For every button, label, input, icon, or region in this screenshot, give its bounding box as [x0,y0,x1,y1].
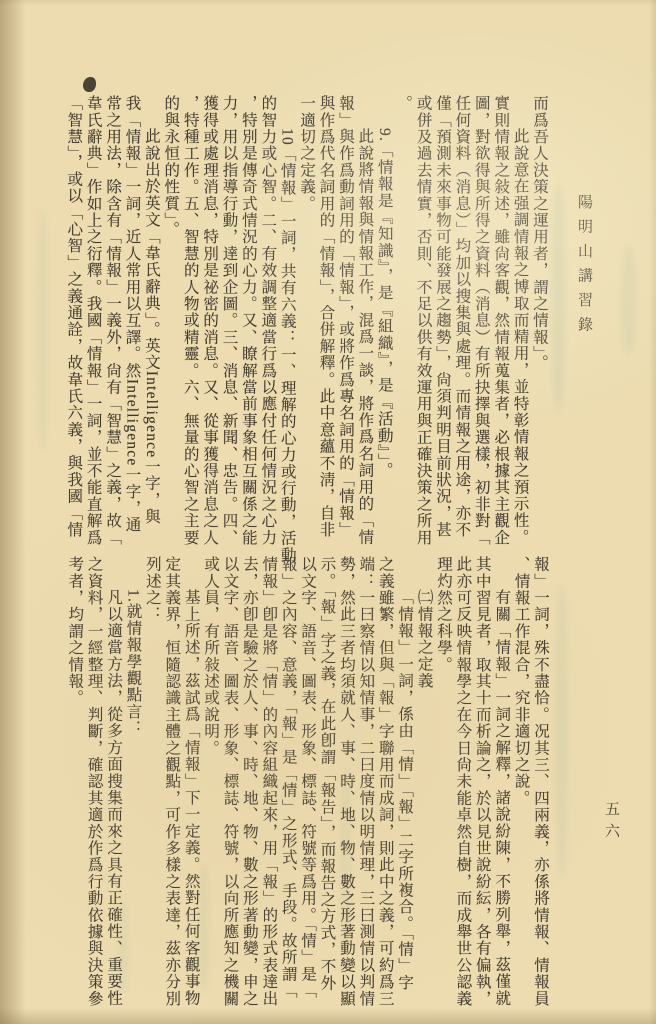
upper-text-block: 而爲吾人決策之運用者，謂之情報」。 此說意在强調情報之博取而精用，並特彰情報之預… [63,95,549,547]
text-column: 或人員，有所敍述或說明。 [201,556,220,1012]
text-column: 勢，然此三者均須就人、事、時、地、物、數之形著動變以顯 [337,556,356,1012]
text-column: 考者，均謂之情報。 [65,556,84,1012]
text-column: 之義雖繁，但與「報」字聯用而成詞，則此中之義，可約爲三 [375,556,394,1012]
text-column: ，特別是傳奇式情況的心力。又、瞭解當前事象相互關係之能 [239,95,258,547]
ink-blot [83,77,96,92]
text-column: 「智慧」，或以「心智」之義通詮，故韋氏六義，與我國「情 [64,95,83,547]
text-column: 理灼然之科學。 [434,556,453,1012]
text-column: 力，用以指導行動，達到企圖。三、消息、新聞、忠告。四、 [219,95,238,547]
text-column: 定其義界，恒隨認識主體之觀點，可作多樣之表達，茲亦分別 [162,556,181,1012]
text-column: 。 [394,95,413,547]
text-column: 報」一詞，殊不盡恰。况其三、四兩義，亦係將情報、情報員 [531,556,550,1012]
text-column: 之資料，一經整理、判斷，確認其適於作爲行動依據與決策參 [84,556,103,1012]
margin-running-title: 陽明山講習錄 [574,194,595,341]
text-column: 或併及過去情實，否則、不足以供有效運用與正確決策之所用 [413,95,432,547]
text-column: 以文字、語音、圖表、形象、標誌、符號，以向所應知之機關 [220,556,239,1012]
text-column: 而爲吾人決策之運用者，謂之情報」。 [530,95,549,547]
text-column: 9.「情報是『知識』，是『組織』，是『活動』」。 [374,95,393,547]
text-column: 「情報」一詞，係由「情」「報」二字所複合。「情」字 [395,556,414,1012]
text-column: 僅「預測未來事物可能發展之趨勢」，尙須判明目前狀況，甚 [433,95,452,547]
ink-ghost-smudge [37,210,48,450]
text-column: 基上所述，茲試爲「情報」下一定義。然對任何客觀事物 [181,556,200,1012]
text-column: 情報」卽是將「情」的內容組織起來，用「報」的形式表達出 [259,556,278,1012]
text-column: 凡以適當方法，從多方面搜集而來之具有正確性、重要性 [104,556,123,1012]
text-column: 此說將情報與情報工作，混爲一談，將作爲名詞用的「情 [355,95,374,547]
text-column: 此說出於英文「韋氏辭典」。英文Intelligence一字，與 [141,95,160,547]
section-heading-column: ㈡情報之定義 [414,556,433,1012]
text-column: ，特種工作。五、智慧的人物或精靈。六、無量的心智之主要 [180,95,199,547]
text-column: 其中習見者，取其十而析論之，於以見世說紛紜，各有偏執， [472,556,491,1012]
text-column: 、情報工作混合，究非適切之說。 [511,556,530,1012]
text-column: 與作爲代名詞用的「情報」，合併解釋。此中意蘊不淸，自非 [316,95,335,547]
page-number: 五六 [601,801,622,845]
text-column: 的智力或心智。二、有效調整適當行爲以應付任何情況之心力 [258,95,277,547]
list-item-column: 1.就情報學觀點言： [123,556,142,1012]
text-column: 去，亦卽是驗之於人、事、時、地、物、數之形著動變，申之 [240,556,259,1012]
text-column: 一適切之定義。 [297,95,316,547]
text-column: 的與永恒的性質」。 [161,95,180,547]
text-column: 常之用法，除含有「情報」一義外，尙有「智慧」之義，故「 [103,95,122,547]
text-column: 此說意在强調情報之博取而精用，並特彰情報之預示性。 [510,95,529,547]
scanned-book-page: 陽明山講習錄 五六 而爲吾人決策之運用者，謂之情報」。 此說意在强調情報之博取而… [0,0,656,1024]
text-column: 端：一曰察情以知情事，二曰度情以明情理，三曰測情以判情 [356,556,375,1012]
text-column: 10「情報」一詞，共有六義：一、理解的心力或行動，活動 [277,95,296,547]
text-column: 此亦可反映情報學之在今日尙未能卓然自樹，而成舉世公認義 [453,556,472,1012]
text-column: 實則情報之敍述，雖尙客觀，然情報蒐集者，必根據其主觀企 [491,95,510,547]
text-column: 列述之： [142,556,161,1012]
ink-ghost-smudge [621,245,636,355]
text-column: 以文字、語音、圖表、形象、標誌、符號等爲用。「情」是「 [298,556,317,1012]
ink-ghost-smudge [552,185,565,410]
text-column: 圖，對欲得與所得之資料（消息）有所抉擇與選樣，初非對「 [471,95,490,547]
text-column: 任何資料（消息）」均加以搜集與處理。而情報之用途，亦不 [452,95,471,547]
text-column: 報」之內容、意義，「報」是「情」之形式、手段。故所謂「 [278,556,297,1012]
text-column: 報」與作爲動詞用的「情報」，或將作爲專名詞用的「情報」 [336,95,355,547]
lower-text-block: 報」一詞，殊不盡恰。况其三、四兩義，亦係將情報、情報員 、情報工作混合，究非適切… [64,556,550,1012]
text-column: 獲得或處理消息，特別是祕密的消息。又、從事獲得消息之人 [200,95,219,547]
text-column: 我「情報」一詞，近人常用以互譯。然Intelligence一字，通 [122,95,141,547]
text-column: 示。「報」字之義，在此卽謂「報告」，而報告之方式，不外 [317,556,336,1012]
text-column: 韋氏辭典」作如上之衍釋。我國「情報」一詞，並不能直解爲 [83,95,102,547]
ink-ghost-smudge [556,585,567,875]
text-column: 有關「情報」一詞之解釋，諸說紛陳，不勝列舉，茲僅就 [492,556,511,1012]
